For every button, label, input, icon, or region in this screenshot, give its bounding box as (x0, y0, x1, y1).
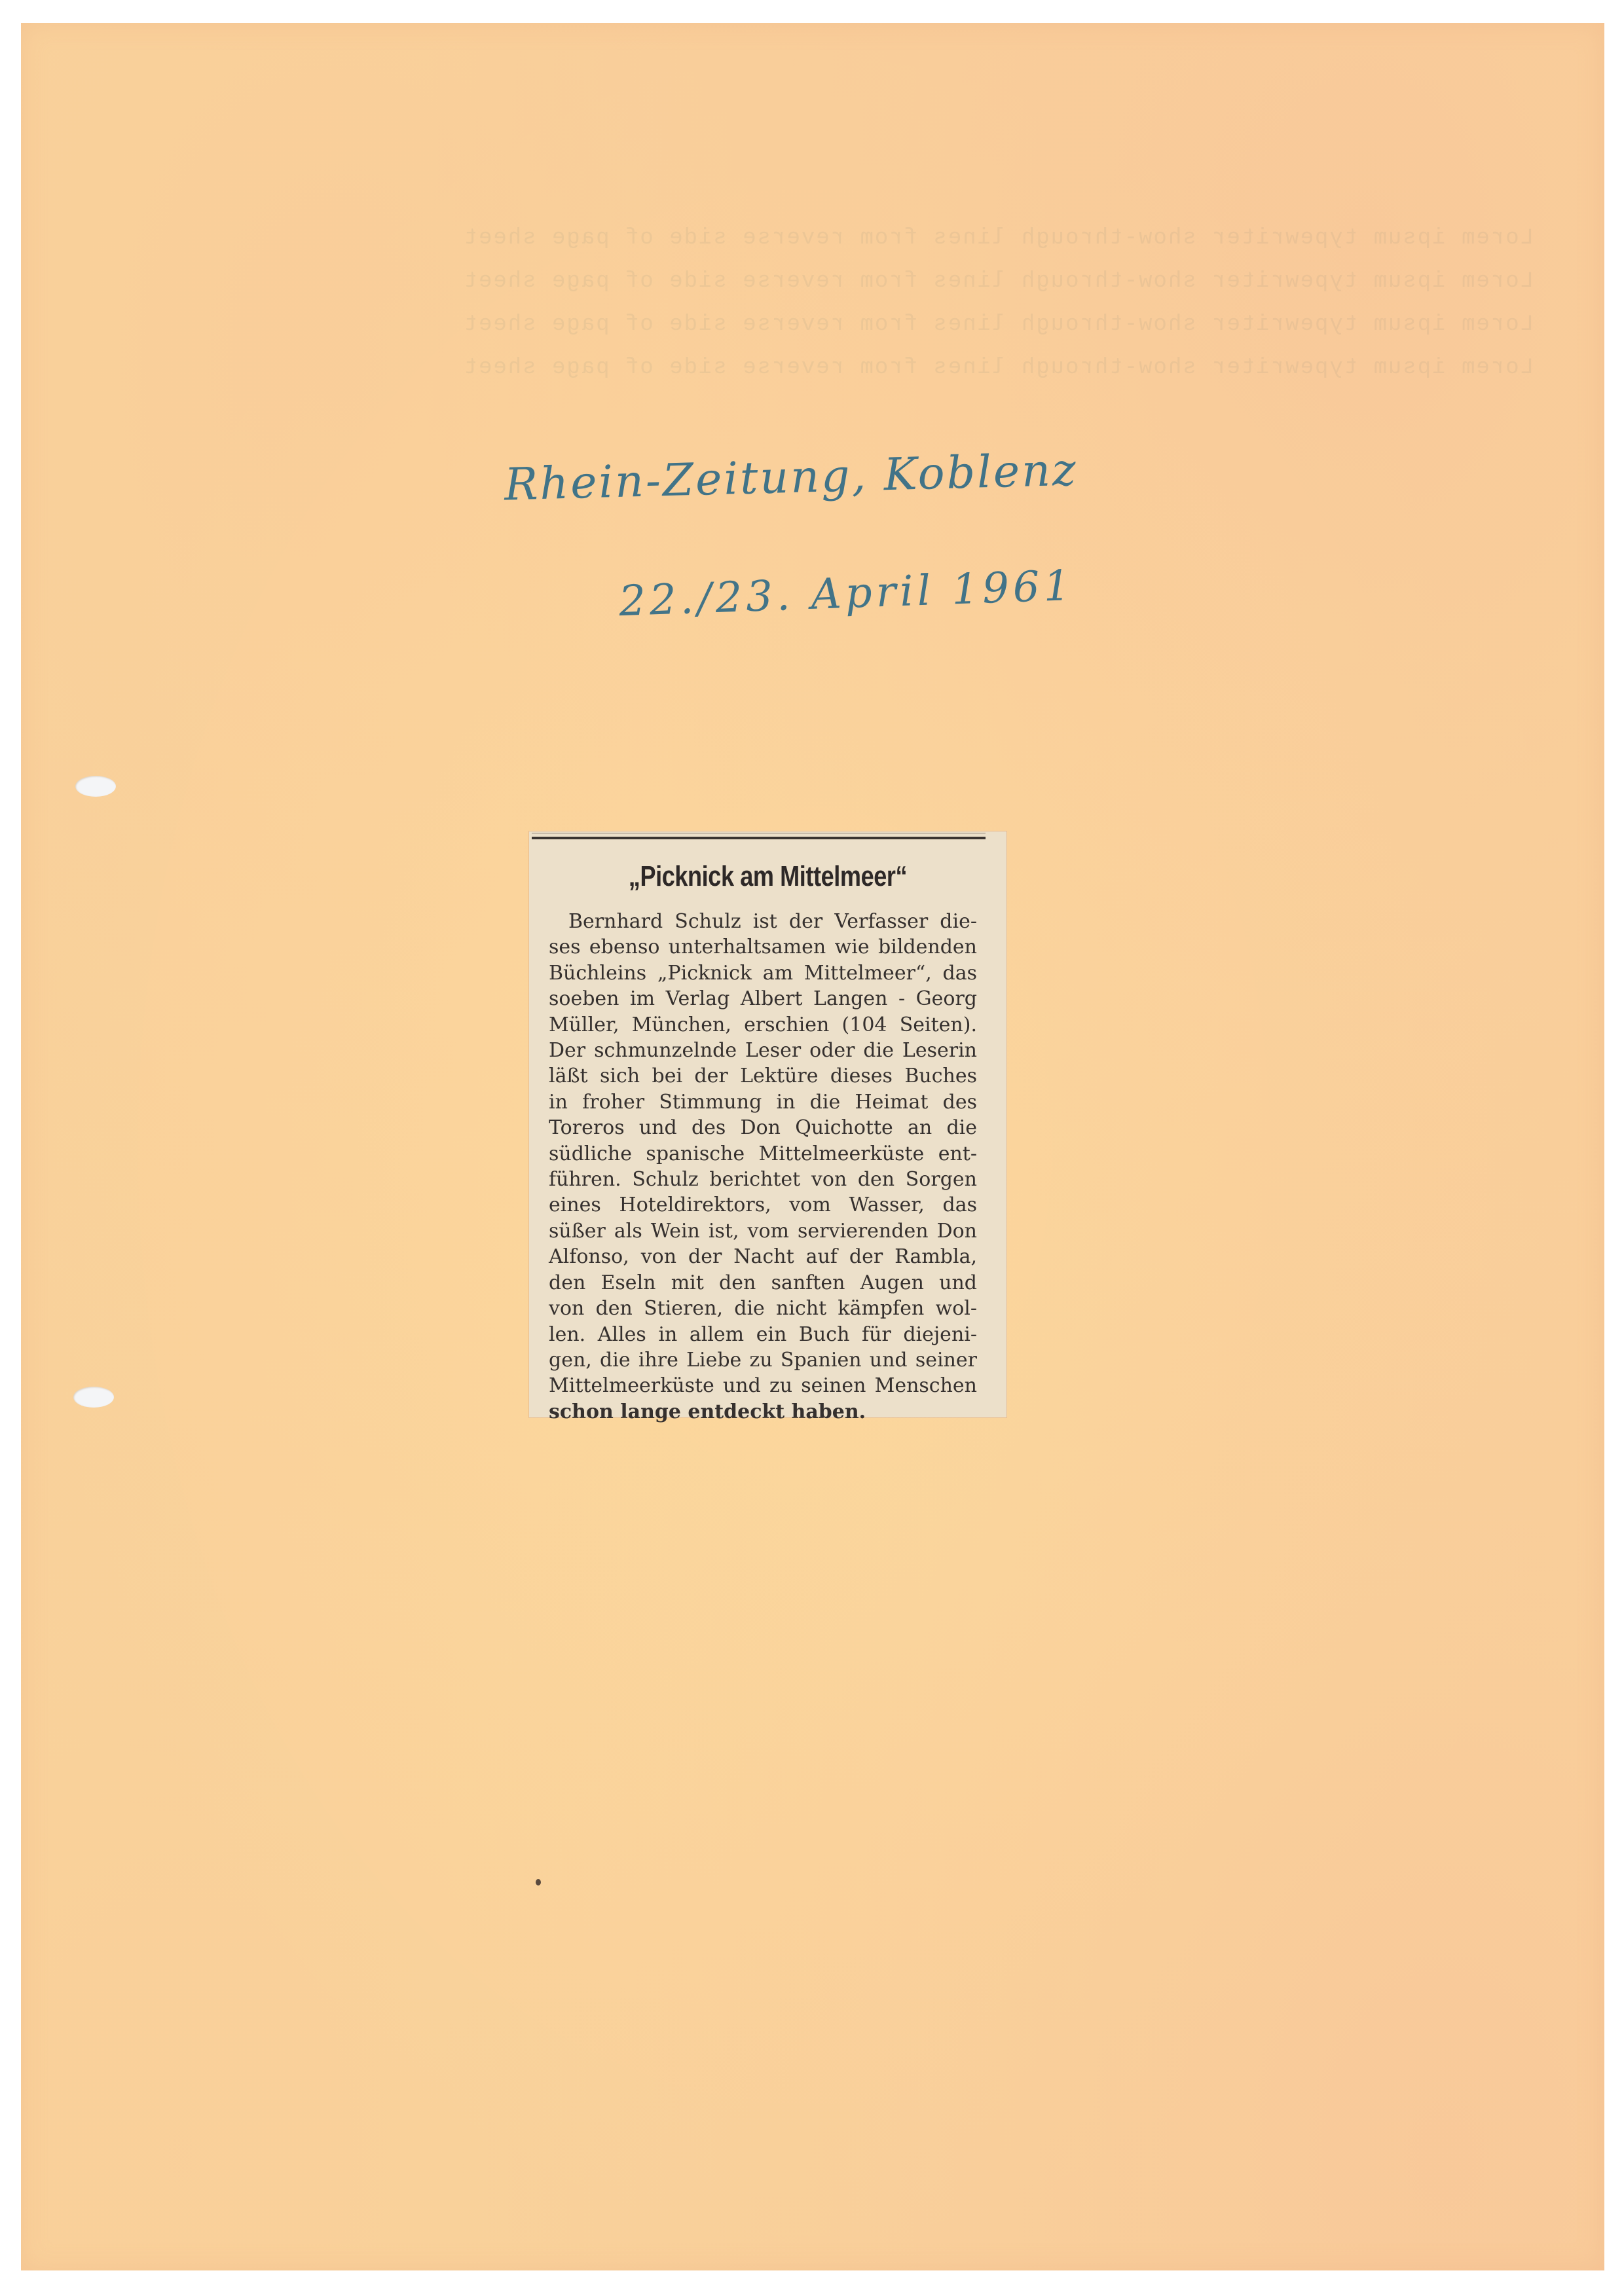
clipping-text-line: von den Stieren, die nicht kämpfen wol- (549, 1296, 977, 1321)
clipping-text-line: soeben im Verlag Albert Langen - Georg (549, 986, 977, 1011)
clipping-text-line: Mittelmeerküste und zu seinen Menschen (549, 1373, 977, 1398)
clipping-text-line: läßt sich bei der Lektüre dieses Buches (549, 1063, 977, 1089)
paper-speck (536, 1879, 541, 1886)
clipping-text-line: schon lange entdeckt haben. (549, 1399, 977, 1425)
clipping-text-line: südliche spanische Mittelmeerküste ent- (549, 1141, 977, 1167)
clipping-text-line: ses ebenso unterhaltsamen wie bildenden (549, 934, 977, 960)
clipping-top-rule (532, 837, 986, 839)
clipping-text-line: len. Alles in allem ein Buch für diejeni… (549, 1322, 977, 1347)
clipping-text-line: Toreros und des Don Quichotte an die (549, 1115, 977, 1140)
punch-hole-top (75, 776, 116, 797)
punch-hole-bottom (73, 1387, 114, 1408)
clipping-text-line: Alfonso, von der Nacht auf der Rambla, (549, 1244, 977, 1269)
clipping-text-line: Müller, München, erschien (104 Seiten). (549, 1012, 977, 1038)
clipping-top-rule-thin (532, 833, 986, 833)
clipping-text-line: Bernhard Schulz ist der Verfasser die- (549, 909, 977, 934)
clipping-text-line: gen, die ihre Liebe zu Spanien und seine… (549, 1347, 977, 1373)
clipping-text-line: führen. Schulz berichtet von den Sorgen (549, 1167, 977, 1192)
clipping-text-line: süßer als Wein ist, vom servierenden Don (549, 1218, 977, 1244)
clipping-body: Bernhard Schulz ist der Verfasser die-se… (549, 909, 977, 1425)
bleed-through-text: Lorem ipsum typewriter show-through line… (237, 173, 1534, 433)
clipping-text-line: Der schmunzelnde Leser oder die Leserin (549, 1038, 977, 1063)
clipping-text-line: in froher Stimmung in die Heimat des (549, 1089, 977, 1115)
clipping-text-line: Büchleins „Picknick am Mittelmeer“, das (549, 960, 977, 986)
newspaper-clipping: „Picknick am Mittelmeer“ Bernhard Schulz… (529, 831, 1006, 1417)
clipping-text-line: den Eseln mit den sanften Augen und (549, 1270, 977, 1296)
clipping-text-line: eines Hoteldirektors, vom Wasser, das (549, 1192, 977, 1218)
clipping-headline: „Picknick am Mittelmeer“ (572, 860, 964, 893)
